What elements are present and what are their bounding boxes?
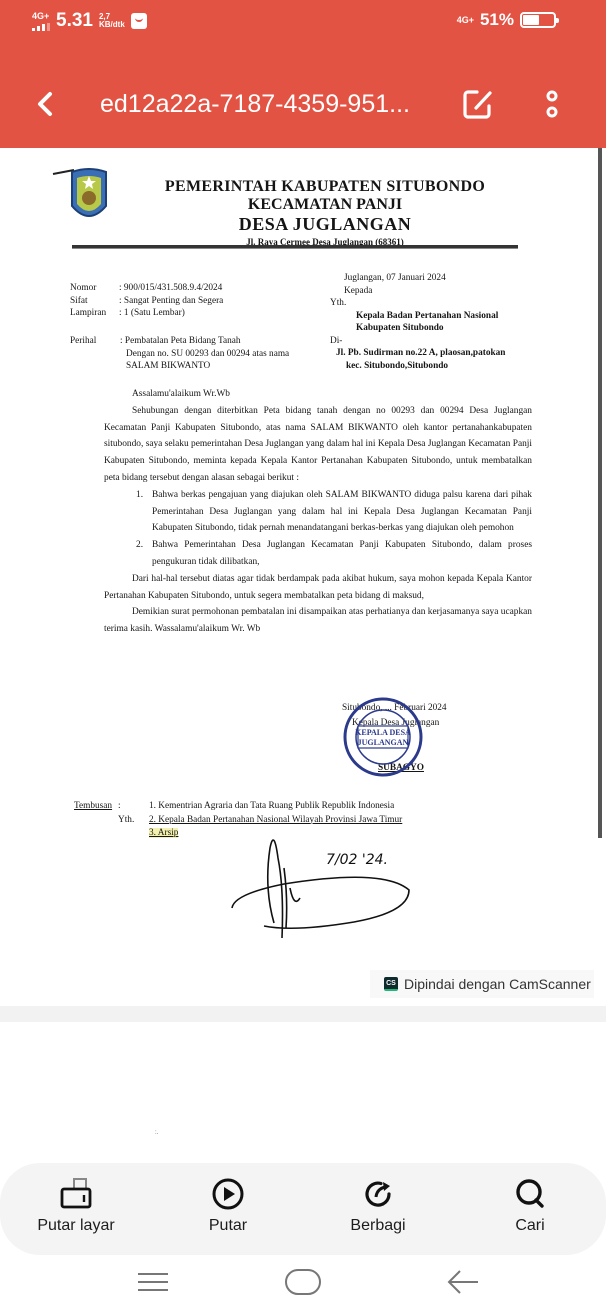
home-button[interactable] <box>278 1266 328 1298</box>
list-item: 2.Bahwa Pemerintahan Desa Juglangan Keca… <box>136 537 532 571</box>
letterhead-rule <box>72 245 518 249</box>
document-title: ed12a22a-7187-4359-951... <box>100 90 410 119</box>
letter-body: Assalamu'alaikum Wr.Wb Sehubungan dengan… <box>104 386 532 638</box>
letter-recipient: Juglangan, 07 Januari 2024 Kepada Yth. K… <box>344 272 505 372</box>
svg-text:KEPALA DESA: KEPALA DESA <box>355 728 411 737</box>
camscanner-watermark: CS Dipindai dengan CamScanner <box>370 970 594 998</box>
scan-speck: :. <box>155 1130 161 1138</box>
page-separator <box>0 1006 606 1022</box>
svg-text:7/02 '24.: 7/02 '24. <box>326 852 388 868</box>
search-icon <box>513 1177 547 1211</box>
system-back-button[interactable] <box>438 1266 488 1298</box>
bottom-toolbar: Putar layar Putar Berbagi Cari <box>0 1163 606 1255</box>
play-icon <box>211 1177 245 1211</box>
rotate-screen-button[interactable]: Putar layar <box>16 1177 136 1235</box>
camscanner-icon: CS <box>384 977 398 991</box>
regency-logo-icon <box>68 168 110 224</box>
system-nav-bar <box>0 1258 606 1314</box>
battery-icon <box>520 12 556 28</box>
rotate-screen-icon <box>58 1177 94 1211</box>
back-arrow-icon <box>438 1266 488 1298</box>
play-button[interactable]: Putar <box>168 1177 288 1235</box>
more-options-button[interactable] <box>540 88 564 120</box>
signal-icon-secondary: 4G+ <box>457 16 474 25</box>
page-edge <box>598 148 602 838</box>
network-type: 4G+ <box>32 12 49 21</box>
reasons-list: 1.Bahwa berkas pengajuan yang diajukan o… <box>136 487 532 571</box>
letterhead: PEMERINTAH KABUPATEN SITUBONDO KECAMATAN… <box>130 178 520 247</box>
more-vertical-icon <box>540 88 564 120</box>
document-page[interactable]: PEMERINTAH KABUPATEN SITUBONDO KECAMATAN… <box>0 148 600 998</box>
back-button[interactable] <box>30 86 64 122</box>
share-icon <box>361 1177 395 1211</box>
edit-icon <box>462 88 494 120</box>
signal-icon: 4G+ <box>32 12 50 31</box>
svg-text:JUGLANGAN: JUGLANGAN <box>358 738 409 747</box>
battery-percent: 51% <box>480 10 514 30</box>
search-button[interactable]: Cari <box>470 1177 590 1235</box>
official-stamp: KEPALA DESA JUGLANGAN <box>342 696 424 778</box>
app-bar: ed12a22a-7187-4359-951... <box>0 82 606 128</box>
letter-meta: Nomor: 900/015/431.508.9.4/2024 Sifat: S… <box>70 282 223 320</box>
status-bar: 4G+ 5.31 2,7 KB/dtk 4G+ 51% <box>0 10 606 38</box>
network-speed: 2,7 KB/dtk <box>99 13 125 29</box>
list-item: 1.Bahwa berkas pengajuan yang diajukan o… <box>136 487 532 537</box>
chevron-left-icon <box>30 86 64 122</box>
handwritten-signature: 7/02 '24. <box>214 828 414 948</box>
recents-button[interactable] <box>128 1266 178 1298</box>
clock: 5.31 <box>56 10 93 32</box>
share-button[interactable]: Berbagi <box>318 1177 438 1235</box>
recents-icon <box>128 1266 178 1298</box>
top-bar: 4G+ 5.31 2,7 KB/dtk 4G+ 51% ed12a22a-718… <box>0 0 606 148</box>
shopping-bag-icon <box>131 13 147 29</box>
home-icon <box>278 1266 328 1298</box>
edit-button[interactable] <box>462 88 494 120</box>
